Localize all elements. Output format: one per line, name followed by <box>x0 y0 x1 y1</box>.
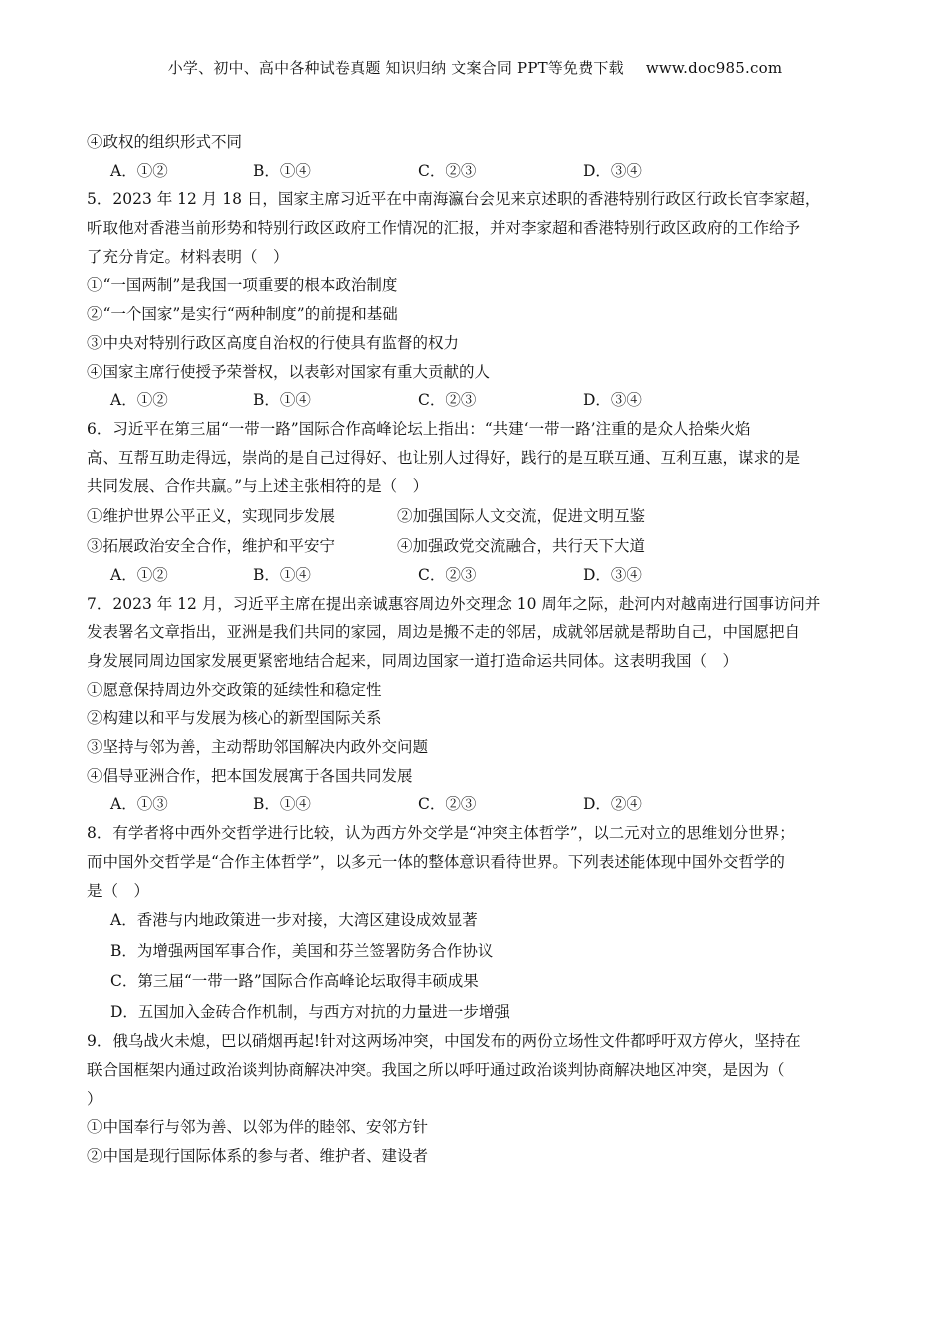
statement-item: ③中央对特别行政区高度自治权的行使具有监督的权力 <box>87 329 867 358</box>
option-c: C．②③ <box>418 790 476 819</box>
option-c: C．②③ <box>418 386 476 415</box>
statement-item: ①维护世界公平正义，实现同步发展 <box>87 501 335 531</box>
statement-item: ④倡导亚洲合作，把本国发展寓于各国共同发展 <box>87 762 867 791</box>
option-b: B．①④ <box>253 386 311 415</box>
question-stem-line: 5．2023 年 12 月 18 日，国家主席习近平在中南海瀛台会见来京述职的香… <box>87 185 867 214</box>
question-9: 9．俄乌战火未熄，巴以硝烟再起!针对这两场冲突，中国发布的两份立场性文件都呼吁双… <box>87 1027 867 1170</box>
page-header: 小学、初中、高中各种试卷真题 知识归纳 文案合同 PPT等免费下载www.doc… <box>0 57 950 78</box>
question-stem-line: 7．2023 年 12 月，习近平主席在提出亲诚惠容周边外交理念 10 周年之际… <box>87 590 867 619</box>
option-d: D．②④ <box>583 790 642 819</box>
statement-item: ②构建以和平与发展为核心的新型国际关系 <box>87 704 867 733</box>
statement-pair: ③拓展政治安全合作，维护和平安宁 ④加强政党交流融合，共行天下大道 <box>87 531 867 561</box>
header-text: 小学、初中、高中各种试卷真题 知识归纳 文案合同 PPT等免费下载 <box>168 59 624 77</box>
option-a: A．①② <box>110 157 168 186</box>
option-d: D．③④ <box>583 561 642 590</box>
question-4-tail: ④政权的组织形式不同 A．①② B．①④ C．②③ D．③④ <box>87 128 867 185</box>
statement-item: ①中国奉行与邻为善、以邻为伴的睦邻、安邻方针 <box>87 1113 867 1142</box>
option-c: C．②③ <box>418 157 476 186</box>
question-stem-line: 高、互帮互助走得远，崇尚的是自己过得好、也让别人过得好，践行的是互联互通、互利互… <box>87 444 867 473</box>
question-stem-line: 了充分肯定。材料表明（ ） <box>87 243 867 272</box>
option-d: D．五国加入金砖合作机制，与西方对抗的力量进一步增强 <box>87 997 867 1028</box>
option-b: B．为增强两国军事合作，美国和芬兰签署防务合作协议 <box>87 936 867 967</box>
option-b: B．①④ <box>253 790 311 819</box>
statement-item: ④政权的组织形式不同 <box>87 128 867 157</box>
option-a: A．香港与内地政策进一步对接，大湾区建设成效显著 <box>87 905 867 936</box>
statement-item: ①愿意保持周边外交政策的延续性和稳定性 <box>87 676 867 705</box>
answer-options: A．①② B．①④ C．②③ D．③④ <box>87 386 867 415</box>
question-stem-line: 联合国框架内通过政治谈判协商解决冲突。我国之所以呼吁通过政治谈判协商解决地区冲突… <box>87 1056 867 1085</box>
question-stem-line: 而中国外交哲学是“合作主体哲学”，以多元一体的整体意识看待世界。下列表述能体现中… <box>87 848 867 877</box>
question-stem-line: 是（ ） <box>87 877 867 906</box>
option-d: D．③④ <box>583 157 642 186</box>
statement-item: ④加强政党交流融合，共行天下大道 <box>397 531 645 561</box>
option-b: B．①④ <box>253 157 311 186</box>
option-a: A．①③ <box>110 790 168 819</box>
question-5: 5．2023 年 12 月 18 日，国家主席习近平在中南海瀛台会见来京述职的香… <box>87 185 867 415</box>
answer-options: A．①③ B．①④ C．②③ D．②④ <box>87 790 867 819</box>
statement-item: ③拓展政治安全合作，维护和平安宁 <box>87 531 335 561</box>
exam-content: ④政权的组织形式不同 A．①② B．①④ C．②③ D．③④ 5．2023 年 … <box>87 128 867 1171</box>
question-stem-line: 发表署名文章指出，亚洲是我们共同的家园，周边是搬不走的邻居，成就邻居就是帮助自己… <box>87 618 867 647</box>
question-stem-line: 6．习近平在第三届“一带一路”国际合作高峰论坛上指出：“共建‘一带一路’注重的是… <box>87 415 867 444</box>
question-7: 7．2023 年 12 月，习近平主席在提出亲诚惠容周边外交理念 10 周年之际… <box>87 590 867 820</box>
statement-item: ②中国是现行国际体系的参与者、维护者、建设者 <box>87 1142 867 1171</box>
question-stem-line: 8．有学者将中西外交哲学进行比较，认为西方外交学是“冲突主体哲学”，以二元对立的… <box>87 819 867 848</box>
question-stem-line: 共同发展、合作共赢。”与上述主张相符的是（ ） <box>87 472 867 501</box>
statement-pair: ①维护世界公平正义，实现同步发展 ②加强国际人文交流，促进文明互鉴 <box>87 501 867 531</box>
option-c: C．②③ <box>418 561 476 590</box>
option-a: A．①② <box>110 386 168 415</box>
statement-item: ②“一个国家”是实行“两种制度”的前提和基础 <box>87 300 867 329</box>
header-url[interactable]: www.doc985.com <box>646 59 782 77</box>
question-stem-line: 9．俄乌战火未熄，巴以硝烟再起!针对这两场冲突，中国发布的两份立场性文件都呼吁双… <box>87 1027 867 1056</box>
option-a: A．①② <box>110 561 168 590</box>
answer-options: A．①② B．①④ C．②③ D．③④ <box>87 157 867 186</box>
question-stem-line: 听取他对香港当前形势和特别行政区政府工作情况的汇报，并对李家超和香港特别行政区政… <box>87 214 867 243</box>
statement-item: ②加强国际人文交流，促进文明互鉴 <box>397 501 645 531</box>
question-stem-line: 身发展同周边国家发展更紧密地结合起来，同周边国家一道打造命运共同体。这表明我国（… <box>87 647 867 676</box>
option-b: B．①④ <box>253 561 311 590</box>
question-8: 8．有学者将中西外交哲学进行比较，认为西方外交学是“冲突主体哲学”，以二元对立的… <box>87 819 867 1027</box>
answer-options: A．①② B．①④ C．②③ D．③④ <box>87 561 867 590</box>
question-6: 6．习近平在第三届“一带一路”国际合作高峰论坛上指出：“共建‘一带一路’注重的是… <box>87 415 867 590</box>
option-c: C．第三届“一带一路”国际合作高峰论坛取得丰硕成果 <box>87 966 867 997</box>
statement-item: ①“一国两制”是我国一项重要的根本政治制度 <box>87 271 867 300</box>
statement-item: ③坚持与邻为善，主动帮助邻国解决内政外交问题 <box>87 733 867 762</box>
option-d: D．③④ <box>583 386 642 415</box>
statement-item: ④国家主席行使授予荣誉权，以表彰对国家有重大贡献的人 <box>87 358 867 387</box>
question-stem-line: ） <box>87 1085 867 1114</box>
